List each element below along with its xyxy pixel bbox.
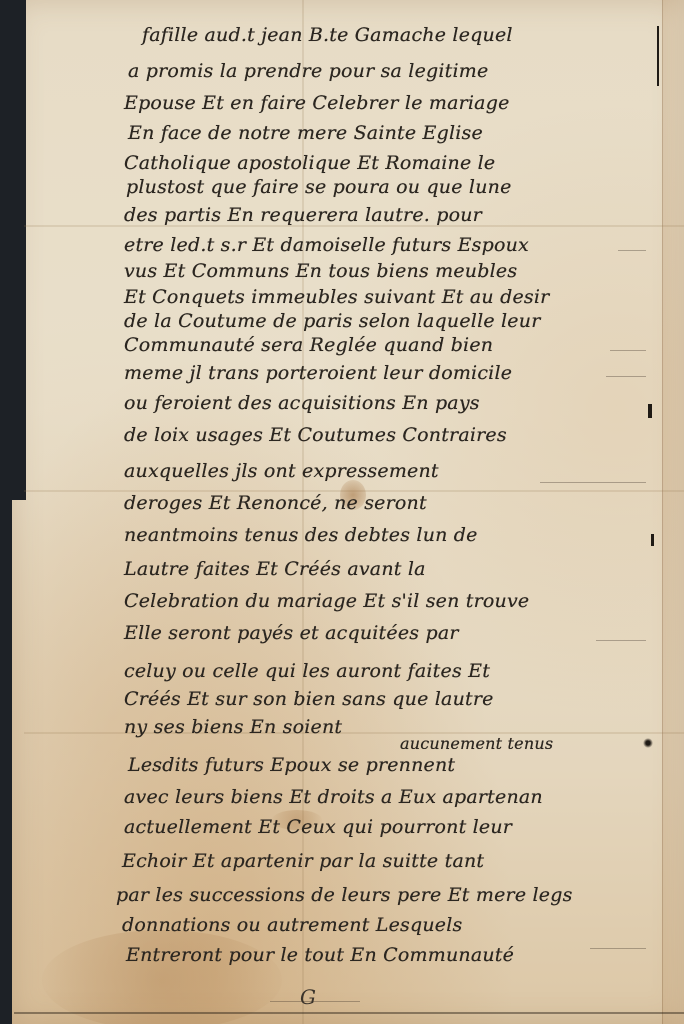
manuscript-line: par les successions de leurs pere Et mer… [116,884,573,906]
manuscript-line: Elle seront payés et acquitées par [124,622,459,644]
manuscript-line: fafille aud.t jean B.te Gamache lequel [142,24,513,46]
manuscript-line: ny ses biens En soient [124,716,342,738]
line-filler-stroke [596,640,646,641]
manuscript-line: etre led.t s.r Et damoiselle futurs Espo… [124,234,529,256]
manuscript-line: Catholique apostolique Et Romaine le [124,152,495,174]
paraph-mark: G [300,985,316,1009]
margin-ink-mark [651,534,654,546]
margin-ink-mark [648,404,652,418]
manuscript-line: Lesdits futurs Epoux se prennent [128,754,455,776]
manuscript-line: Communauté sera Reglée quand bien [124,334,493,356]
page-bottom-edge [14,1012,684,1014]
manuscript-line: celuy ou celle qui les auront faites Et [124,660,490,682]
manuscript-line: Celebration du mariage Et s'il sen trouv… [124,590,529,612]
right-margin-strip [662,0,684,1024]
manuscript-line: deroges Et Renoncé, ne seront [124,492,427,514]
manuscript-line: de la Coutume de paris selon laquelle le… [124,310,540,332]
paraph-underline [270,1001,360,1002]
margin-bar [657,26,659,86]
manuscript-line: de loix usages Et Coutumes Contraires [124,424,507,446]
manuscript-line: auxquelles jls ont expressement [124,460,439,482]
line-filler-stroke [540,482,646,483]
manuscript-line: Echoir Et apartenir par la suitte tant [122,850,484,872]
manuscript-line: ou feroient des acquisitions En pays [124,392,480,414]
line-filler-stroke [606,376,646,377]
manuscript-line: donnations ou autrement Lesquels [122,914,462,936]
horizontal-fold [24,732,684,734]
manuscript-line: actuellement Et Ceux qui pourront leur [124,816,512,838]
manuscript-line: a promis la prendre pour sa legitime [128,60,488,82]
line-filler-stroke [618,250,646,251]
manuscript-line: Epouse Et en faire Celebrer le mariage [124,92,510,114]
manuscript-line: des partis En requerera lautre. pour [124,204,482,226]
line-filler-stroke [610,350,646,351]
manuscript-line: Lautre faites Et Créés avant la [124,558,426,580]
manuscript-line: neantmoins tenus des debtes lun de [124,524,478,546]
margin-star-mark [643,738,653,748]
line-filler-stroke [590,948,646,949]
manuscript-line: avec leurs biens Et droits a Eux aparten… [124,786,543,808]
torn-edge [12,0,26,500]
manuscript-line: plustost que faire se poura ou que lune [126,176,512,198]
manuscript-line: Et Conquets immeubles suivant Et au desi… [124,286,549,308]
manuscript-line: Créés Et sur son bien sans que lautre [124,688,494,710]
manuscript-line: meme jl trans porteroient leur domicile [124,362,512,384]
manuscript-line: vus Et Communs En tous biens meubles [124,260,517,282]
manuscript-line: Entreront pour le tout En Communauté [126,944,514,966]
manuscript-line-insert: aucunement tenus [400,734,553,753]
manuscript-line: En face de notre mere Sainte Eglise [128,122,483,144]
